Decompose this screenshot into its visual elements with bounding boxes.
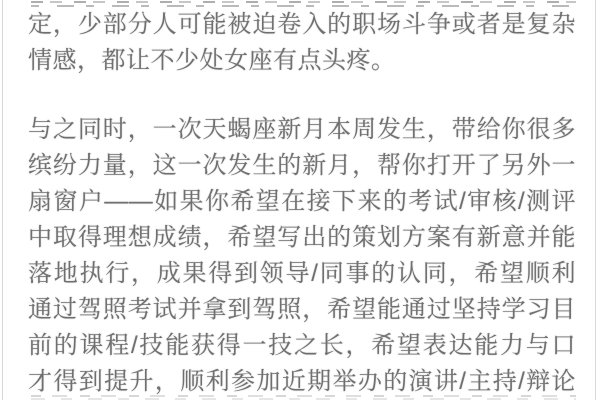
text-line: 中取得理想成绩，希望写出的策划方案有新意并能 bbox=[28, 220, 576, 256]
paragraph: 定，少部分人可能被迫卷入的职场斗争或者是复杂 情感，都让不少处女座有点头疼。 bbox=[28, 7, 576, 79]
text-line: 缤纷力量，这一次发生的新月，帮你打开了另外一 bbox=[28, 148, 576, 184]
text-line: 情感，都让不少处女座有点头疼。 bbox=[28, 43, 576, 79]
text-line: 定，少部分人可能被迫卷入的职场斗争或者是复杂 bbox=[28, 7, 576, 43]
text-line: 通过驾照考试并拿到驾照，希望能通过坚持学习目 bbox=[28, 292, 576, 328]
text-line: 扇窗户——如果你希望在接下来的考试/审核/测评 bbox=[28, 184, 576, 220]
text-line: 与之同时，一次天蝎座新月本周发生，带给你很多 bbox=[28, 112, 576, 148]
article-page: 定，少部分人可能被迫卷入的职场斗争或者是复杂 情感，都让不少处女座有点头疼。 与… bbox=[2, 0, 596, 400]
clipped-text-line-bottom bbox=[31, 395, 576, 400]
text-line: 落地执行，成果得到领导/同事的认同，希望顺利 bbox=[28, 256, 576, 292]
text-line: 前的课程/技能获得一技之长，希望表达能力与口 bbox=[28, 328, 576, 364]
paragraph: 与之同时，一次天蝎座新月本周发生，带给你很多 缤纷力量，这一次发生的新月，帮你打… bbox=[28, 112, 576, 400]
